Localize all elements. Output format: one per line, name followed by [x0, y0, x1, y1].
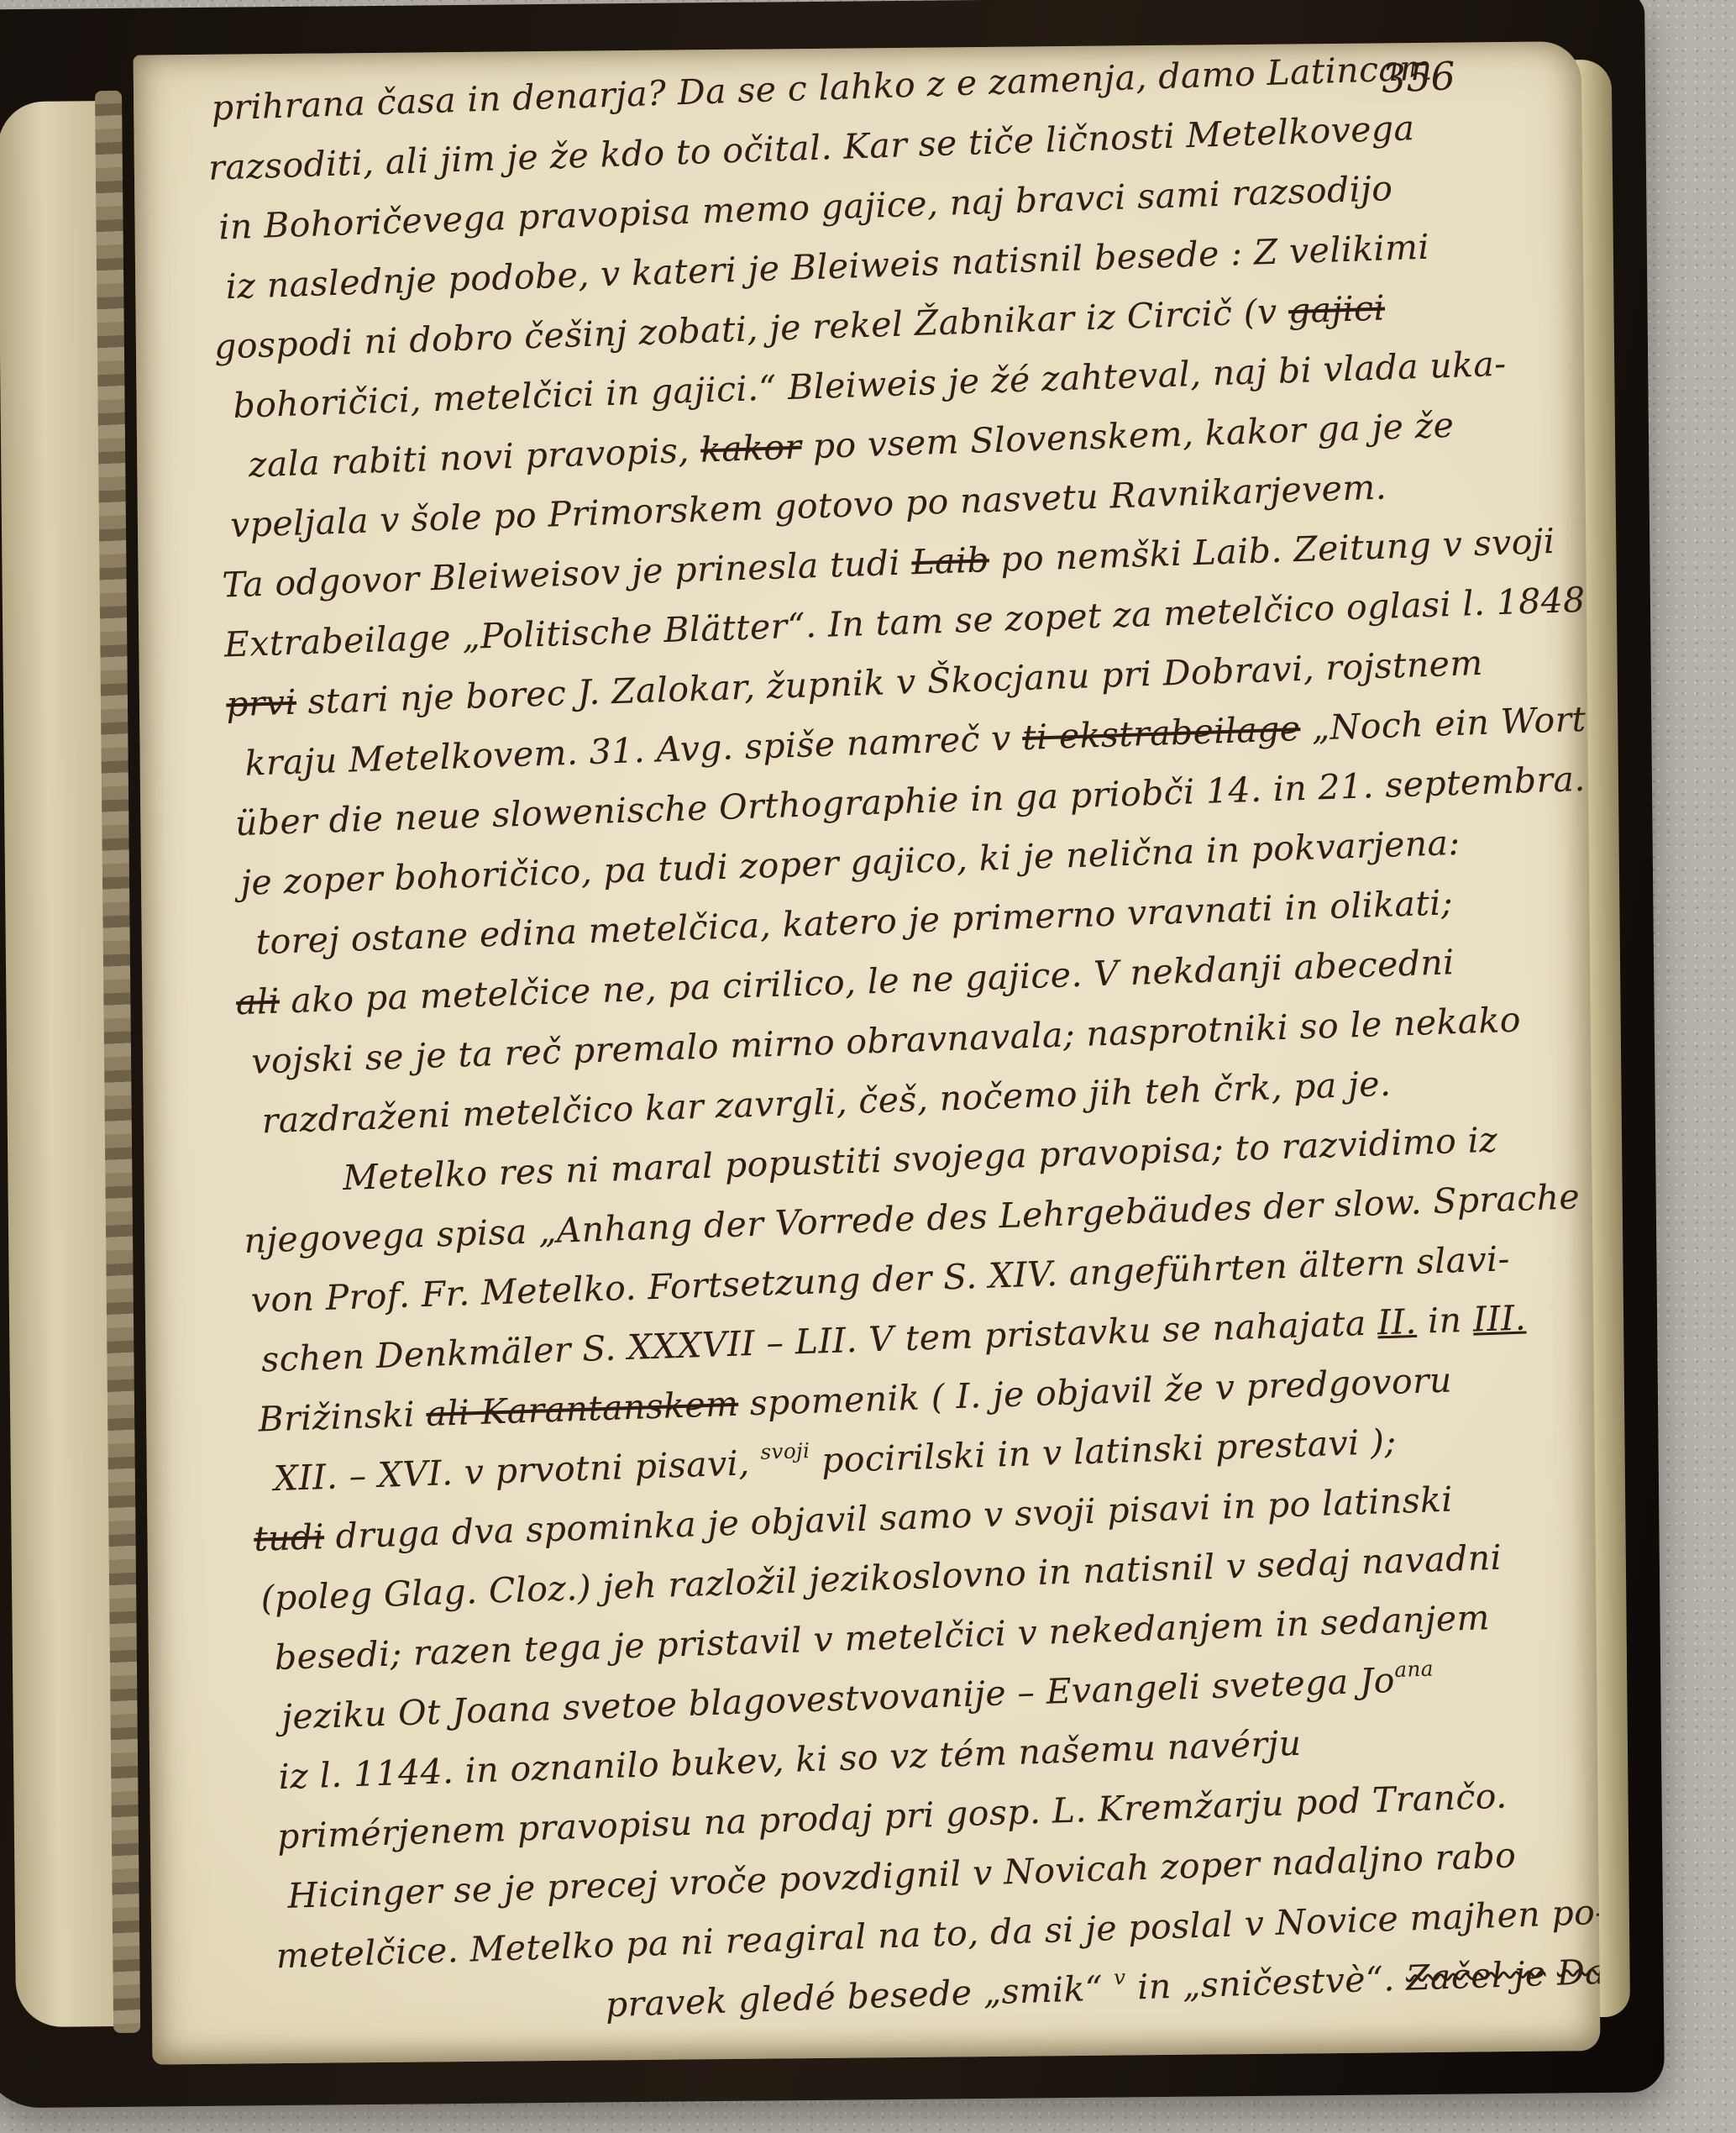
- photo-background: { "page": { "number": "356" }, "colors":…: [0, 0, 1736, 2133]
- underlined-text: II.: [1377, 1301, 1417, 1343]
- struck-text: tudi: [253, 1516, 324, 1559]
- manuscript-page: 356 prihrana časa in denarja? Da se c la…: [134, 41, 1601, 2064]
- inserted-text: svoji: [760, 1437, 810, 1463]
- scribbled-out-text: Začel je: [1405, 1953, 1546, 1998]
- scribbled-out-text: Dalel: [1556, 1950, 1600, 1994]
- underlined-text: III.: [1472, 1298, 1527, 1340]
- manuscript-text: prihrana časa in denarja? Da se c lahko …: [206, 44, 1601, 2056]
- handwritten-text: in „sničestvè“.: [1125, 1958, 1407, 2008]
- inserted-text: ana: [1394, 1656, 1434, 1682]
- struck-text: gajici: [1288, 287, 1386, 331]
- struck-text: ali: [235, 981, 280, 1023]
- struck-text: prvi: [226, 682, 297, 725]
- handwritten-text: Brižinski: [258, 1394, 427, 1440]
- struck-text: Laib: [910, 539, 989, 582]
- struck-text: kakor: [700, 427, 802, 470]
- book-cover: 356 prihrana časa in denarja? Da se c la…: [0, 0, 1665, 2109]
- struck-text: ti ekstrabeilage: [1021, 708, 1301, 758]
- handwritten-text: in: [1416, 1300, 1474, 1342]
- handwritten-text: „Noch ein Wort: [1300, 699, 1587, 749]
- inserted-text: v: [1114, 1964, 1126, 1989]
